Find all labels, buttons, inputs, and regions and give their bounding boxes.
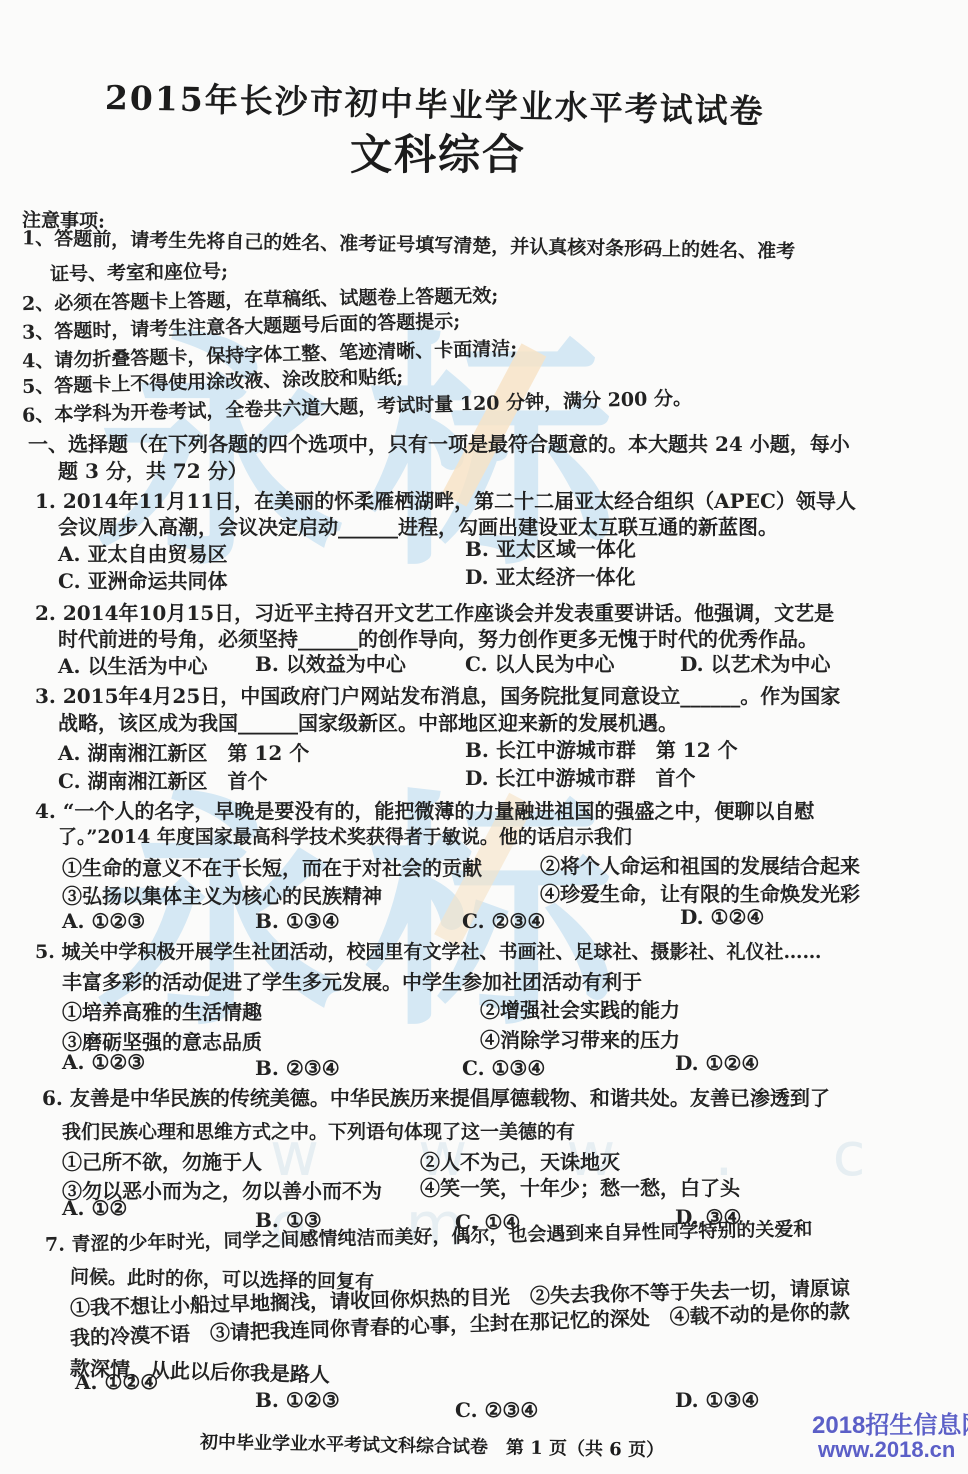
- option-b: B. ①③④: [255, 909, 340, 933]
- option-d: D. 亚太经济一体化: [465, 561, 636, 590]
- statement-1: ①培养高雅的生活情趣: [62, 996, 262, 1025]
- question-stem: 6. 友善是中华民族的传统美德。中华民族历来提倡厚德载物、和谐共处。友善已渗透到…: [42, 1082, 830, 1111]
- question-stem: 2. 2014年10月15日，习近平主持召开文艺工作座谈会并发表重要讲话。他强调…: [35, 597, 834, 626]
- statement-2: ②人不为己，天诛地灭: [420, 1146, 620, 1175]
- statement-4: ④笑一笑，十年少；愁一愁，白了头: [420, 1172, 740, 1201]
- option-b: B. 亚太区域一体化: [465, 533, 636, 562]
- statement-2: ②将个人命运和祖国的发展结合起来: [540, 850, 860, 879]
- statement-3: ③弘扬以集体主义为核心的民族精神: [62, 880, 382, 909]
- option-a: A. ①②④: [75, 1370, 158, 1394]
- question-stem: 1. 2014年11月11日，在美丽的怀柔雁栖湖畔，第二十二届亚太经合组织（AP…: [35, 485, 856, 514]
- section-heading-cont: 题 3 分，共 72 分）: [58, 455, 248, 484]
- option-d: D. 以艺术为中心: [680, 648, 831, 677]
- statement-4: ④珍爱生命，让有限的生命焕发光彩: [540, 878, 860, 907]
- option-a: A. 湖南湘江新区 第 12 个: [58, 737, 309, 766]
- exam-subject: 文科综合: [350, 122, 526, 182]
- question-stem: 5. 城关中学积极开展学生社团活动，校园里有文学社、书画社、足球社、摄影社、礼仪…: [35, 937, 821, 964]
- watermark-slash: [442, 343, 547, 506]
- option-d: D. ①②④: [675, 1051, 759, 1075]
- option-c: C. 湖南湘江新区 首个: [58, 765, 268, 794]
- note-item: 证号、考室和座位号;: [50, 256, 228, 286]
- option-a: A. ①②③: [62, 1050, 145, 1074]
- question-stem: 了。”2014 年度国家最高科学技术奖获得者于敏说。他的话启示我们: [58, 822, 632, 849]
- option-a: A. 以生活为中心: [58, 650, 207, 679]
- option-b: B. ①②③: [255, 1388, 340, 1412]
- section-heading: 一、选择题（在下列各题的四个选项中，只有一项是最符合题意的。本大题共 24 小题…: [28, 428, 850, 457]
- exam-page: 永标 永标 w w w . c o m 2015年长沙市初中毕业学业水平考试试卷…: [0, 0, 968, 1474]
- question-stem: 3. 2015年4月25日，中国政府门户网站发布消息，国务院批复同意设立____…: [35, 680, 840, 709]
- option-c: C. ②③④: [462, 909, 545, 933]
- option-c: C. ②③④: [455, 1398, 538, 1422]
- option-d: D. ①②④: [680, 905, 764, 929]
- statement-1: ①生命的意义不在于长短，而在于对社会的贡献: [62, 852, 482, 881]
- option-c: C. ①③④: [462, 1056, 545, 1080]
- statement-1: ①己所不欲，勿施于人: [62, 1146, 262, 1175]
- option-a: A. ①②: [62, 1196, 127, 1220]
- option-b: B. 长江中游城市群 第 12 个: [465, 734, 738, 763]
- statement-2: ②增强社会实践的能力: [480, 994, 680, 1023]
- option-a: A. ①②③: [62, 909, 145, 933]
- brand-name: 2018招生信息网: [812, 1405, 968, 1440]
- option-b: B. ②③④: [255, 1056, 340, 1080]
- option-d: D. ①③④: [675, 1388, 759, 1412]
- question-stem: 我们民族心理和思维方式之中。下列语句体现了这一美德的有: [62, 1117, 575, 1144]
- option-b: B. 以效益为中心: [255, 648, 406, 677]
- question-stem: 战略，该区成为我国______国家级新区。中部地区迎来新的发展机遇。: [58, 707, 678, 736]
- page-footer: 初中毕业学业水平考试文科综合试卷 第 1 页（共 6 页）: [200, 1428, 665, 1462]
- option-c: C. 亚洲命运共同体: [58, 565, 228, 594]
- statement-4: ④消除学习带来的压力: [480, 1024, 680, 1053]
- option-c: C. 以人民为中心: [465, 648, 615, 677]
- option-a: A. 亚太自由贸易区: [58, 538, 227, 567]
- question-stem: 4. “一个人的名字，早晚是要没有的，能把微薄的力量融进祖国的强盛之中，便聊以自…: [35, 795, 814, 824]
- brand-url: www.2018.cn: [818, 1437, 955, 1463]
- question-stem: 会议周步入高潮，会议决定启动______进程，勾画出建设亚太互联互通的新蓝图。: [58, 511, 778, 540]
- question-stem: 丰富多彩的活动促进了学生多元发展。中学生参加社团活动有利于: [62, 966, 642, 995]
- option-d: D. 长江中游城市群 首个: [465, 762, 696, 791]
